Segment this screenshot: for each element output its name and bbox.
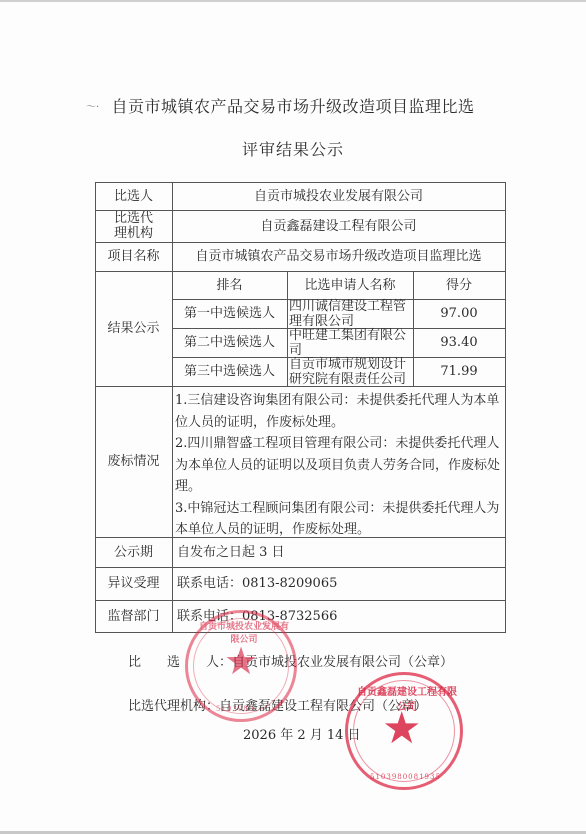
company-seal-agency: ★ 自贡鑫磊建设工程有限公司 5103980081935 xyxy=(345,672,463,790)
result-name-line1: 中旺建工集团有限公 xyxy=(289,328,406,343)
table-border xyxy=(505,182,506,632)
table-border xyxy=(95,632,506,633)
seal-text: 自贡市城投农业发展有限公司 xyxy=(196,619,292,645)
result-score: 71.99 xyxy=(413,357,505,386)
project-label: 项目名称 xyxy=(95,242,172,271)
footer-date: 2026 年 2 月 14 日 xyxy=(243,724,361,743)
agency-label: 比选代 理机构 xyxy=(95,210,172,242)
bidder-value: 自贡市城投农业发展有限公司 xyxy=(172,182,505,210)
invalid-item: 3.中锦冠达工程顾问集团有限公司：未提供委托代理人为本单位人员的证明，作废标处理… xyxy=(175,498,505,541)
seal-number: 5103980081935 xyxy=(370,773,441,781)
seal-number: 5103980 xyxy=(216,705,254,713)
invalid-list: 1.三信建设咨询集团有限公司：未提供委托代理人为本单位人员的证明，作废标处理。 … xyxy=(175,390,505,541)
star-icon: ★ xyxy=(224,639,258,683)
result-name-line2: 研究院有限责任公司 xyxy=(289,372,406,387)
agency-label-line2: 理机构 xyxy=(114,226,153,241)
document-page: ～· 自贡市城镇农产品交易市场升级改造项目监理比选 评审结果公示 比选人 自贡市… xyxy=(0,2,586,831)
result-name-line1: 自贡市城市规划设计 xyxy=(289,357,406,372)
result-name-line1: 四川诚信建设工程管 xyxy=(289,299,406,314)
bidder-label: 比选人 xyxy=(95,182,172,210)
seal-text: 自贡鑫磊建设工程有限公司 xyxy=(356,683,458,713)
objection-value: 联系电话：0813-8209065 xyxy=(172,567,505,600)
result-score: 93.40 xyxy=(413,328,505,357)
company-seal-bidder: ★ 自贡市城投农业发展有限公司 5103980 xyxy=(185,610,297,722)
invalid-label: 废标情况 xyxy=(95,386,172,537)
result-score: 97.00 xyxy=(413,299,505,328)
document-title: 自贡市城镇农产品交易市场升级改造项目监理比选 xyxy=(0,94,586,117)
header-rank: 排名 xyxy=(172,271,287,299)
result-rank: 第二中选候选人 xyxy=(172,328,287,357)
invalid-item: 2.四川鼎智盛工程项目管理有限公司：未提供委托代理人为本单位人员的证明以及项目负… xyxy=(175,433,505,498)
result-name: 中旺建工集团有限公 司 xyxy=(287,328,413,357)
agency-label-line1: 比选代 xyxy=(114,211,153,226)
invalid-item: 1.三信建设咨询集团有限公司：未提供委托代理人为本单位人员的证明，作废标处理。 xyxy=(175,390,505,433)
agency-value: 自贡鑫磊建设工程有限公司 xyxy=(172,210,505,242)
result-name: 四川诚信建设工程管 理有限公司 xyxy=(287,299,413,328)
project-value: 自贡市城镇农产品交易市场升级改造项目监理比选 xyxy=(172,242,505,271)
result-rank: 第一中选候选人 xyxy=(172,299,287,328)
result-name: 自贡市城市规划设计 研究院有限责任公司 xyxy=(287,357,413,386)
objection-label: 异议受理 xyxy=(95,567,172,600)
header-score: 得分 xyxy=(413,271,505,299)
result-name-line2: 司 xyxy=(289,343,302,358)
result-name-line2: 理有限公司 xyxy=(289,314,354,329)
supervision-label: 监督部门 xyxy=(95,600,172,632)
period-value: 自发布之日起 3 日 xyxy=(172,537,505,567)
period-label: 公示期 xyxy=(95,537,172,567)
document-subtitle: 评审结果公示 xyxy=(0,137,586,160)
result-rank: 第三中选候选人 xyxy=(172,357,287,386)
header-name: 比选申请人名称 xyxy=(287,271,413,299)
results-label: 结果公示 xyxy=(95,271,172,386)
